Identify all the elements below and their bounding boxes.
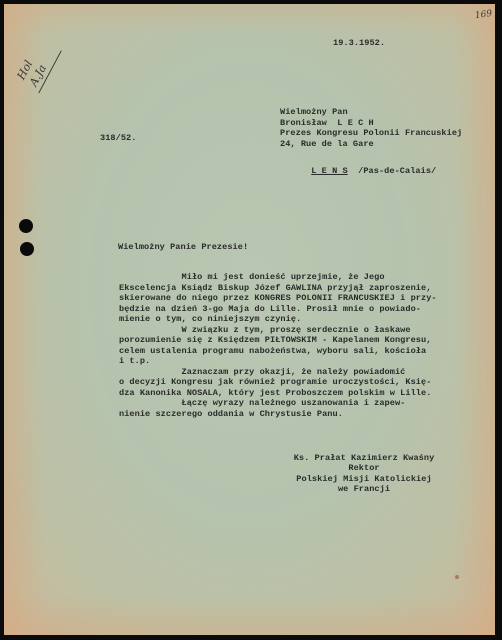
body-line: Miło mi jest donieść uprzejmie, że Jego	[119, 272, 385, 282]
letter-greeting: Wielmożny Panie Prezesie!	[118, 242, 248, 252]
signature-title: Rektor	[274, 463, 454, 473]
body-line: skierowane do niego przez KONGRES POLONI…	[119, 293, 437, 303]
signature-name: Ks. Prałat Kazimierz Kwaśny	[274, 453, 454, 463]
recipient-name: Bronisław L E C H	[280, 118, 374, 128]
signature-block: Ks. Prałat Kazimierz Kwaśny Rektor Polsk…	[274, 453, 454, 495]
recipient-city: L E N S	[311, 166, 347, 176]
paper-stain	[455, 575, 459, 579]
body-line: porozumienie się z Księdzem PIŁTOWSKIM -…	[119, 335, 431, 345]
recipient-region: /Pas-de-Calais/	[358, 166, 436, 176]
body-line: celem ustalenia programu nabożeństwa, wy…	[119, 346, 426, 356]
body-line: Łączę wyrazy należnego uszanowania i zap…	[119, 398, 405, 408]
body-line: mienie o tym, co niniejszym czynię.	[119, 314, 301, 324]
body-line: Ekscelencja Ksiądz Biskup Józef GAWLINA …	[119, 283, 431, 293]
body-line: dza Kanonika NOSALA, który jest Proboszc…	[119, 388, 431, 398]
recipient-salutation: Wielmożny Pan	[280, 107, 348, 117]
body-line: W związku z tym, proszę serdecznie o łas…	[119, 325, 411, 335]
recipient-title: Prezes Kongresu Polonii Francuskiej	[280, 128, 462, 138]
reference-number: 318/52.	[100, 133, 136, 143]
punch-hole-top	[19, 219, 33, 233]
body-line: i t.p.	[119, 356, 150, 366]
signature-country: we Francji	[274, 484, 454, 494]
recipient-street: 24, Rue de la Gare	[280, 139, 374, 149]
body-line: będzie na dzień 3-go Maja do Lille. Pros…	[119, 304, 421, 314]
signature-organization: Polskiej Misji Katolickiej	[274, 474, 454, 484]
letter-page: 169 Hol A.Ja 19.3.1952. Wielmożny Pan Br…	[4, 4, 495, 635]
punch-hole-bottom	[20, 242, 34, 256]
body-line: Zaznaczam przy okazji, że należy powiado…	[119, 367, 405, 377]
body-line: nienie szczerego oddania w Chrystusie Pa…	[119, 409, 343, 419]
letter-date: 19.3.1952.	[333, 38, 385, 48]
body-line: o decyzji Kongresu jak również programie…	[119, 377, 431, 387]
handwritten-annotation: Hol A.Ja	[9, 33, 77, 101]
recipient-city-line: L E N S /Pas-de-Calais/	[280, 156, 436, 187]
archive-page-number: 169	[474, 9, 492, 21]
